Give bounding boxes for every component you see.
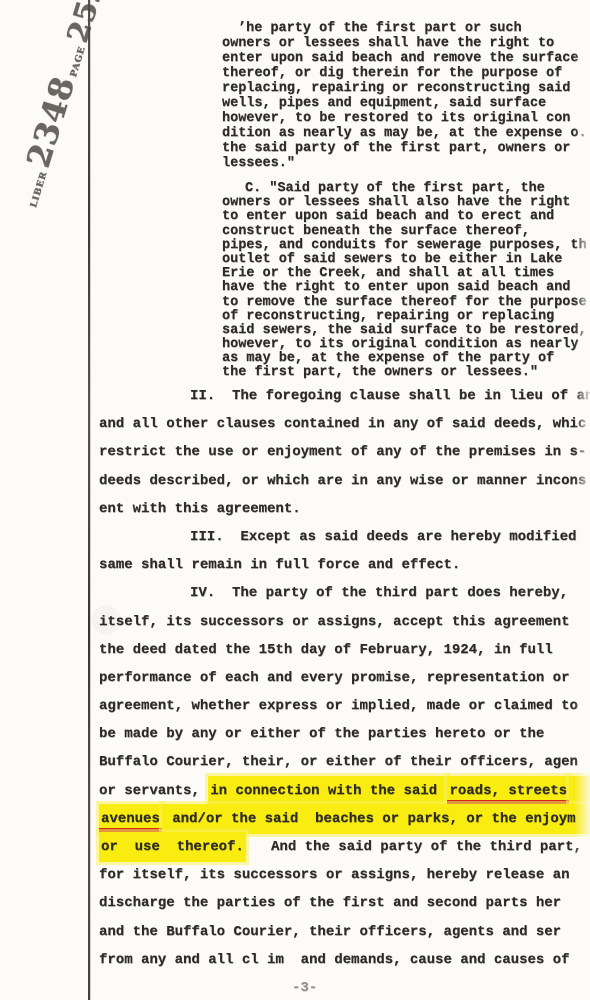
text-line: performance of each and every promise, r… xyxy=(99,664,590,692)
text-line: to remove the surface thereof for the pu… xyxy=(222,296,587,310)
text-line: agreement, whether express or implied, m… xyxy=(99,692,590,720)
scanned-document-page: LIBER 2348 PAGE 252 ’he party of the fir… xyxy=(0,0,590,1000)
text-line: -3- xyxy=(99,974,590,1000)
text-line: construct beneath the surface thereof, xyxy=(222,225,587,239)
text-line: Erie or the Creek, and shall at all time… xyxy=(222,267,587,281)
text-line: owners or lessees shall have the right t… xyxy=(222,36,587,51)
text-line: however, to be restored to its original … xyxy=(222,111,587,126)
text-segment: and the Buffalo Courier, their officers,… xyxy=(99,924,561,940)
text-line: ent with this agreement. xyxy=(99,495,590,523)
text-segment: owners or lessees shall have the right t… xyxy=(222,36,554,51)
text-line: C. "Said party of the first part, the xyxy=(222,182,587,196)
text-segment: III. Except as said deeds are hereby mod… xyxy=(190,529,576,545)
text-segment: replacing, repairing or reconstructing s… xyxy=(222,81,570,96)
text-line: ’he party of the first part or such xyxy=(222,21,587,36)
text-line: replacing, repairing or reconstructing s… xyxy=(222,81,587,96)
stamp-liber-number: 2348 xyxy=(19,72,83,172)
liber-page-stamp: LIBER 2348 PAGE 252 xyxy=(14,0,112,189)
text-segment: of reconstructing, repairing or replacin… xyxy=(222,309,554,324)
text-segment: performance of each and every promise, r… xyxy=(99,670,569,686)
left-margin-rule xyxy=(88,0,90,1000)
text-line: thereof, or dig therein for the purpose … xyxy=(222,66,587,81)
text-segment: C. "Said party of the first part, the xyxy=(245,181,545,196)
text-line: owners or lessees shall also have the ri… xyxy=(222,196,587,210)
text-line: discharge the parties of the first and s… xyxy=(99,889,590,917)
text-segment: agreement, whether express or implied, m… xyxy=(99,698,578,714)
text-segment: from any and all cl im and demands, caus… xyxy=(99,952,569,968)
text-segment: same shall remain in full force and effe… xyxy=(99,557,460,573)
text-line: for itself, its successors or assigns, h… xyxy=(99,861,590,889)
text-line: have the right to enter upon said beach … xyxy=(222,281,587,295)
text-segment: as may be, at the expense of the party o… xyxy=(222,351,554,366)
text-line: or servants, in connection with the said… xyxy=(99,777,590,805)
text-segment: restrict the use or enjoyment of any of … xyxy=(99,444,586,460)
text-segment: IV. The party of the third part does her… xyxy=(190,585,568,601)
text-line: itself, its successors or assigns, accep… xyxy=(99,608,590,636)
text-line: wells, pipes and equipment, said surface xyxy=(222,96,587,111)
text-segment: to enter upon said beach and to erect an… xyxy=(222,209,554,224)
highlight-annotation xyxy=(569,776,590,806)
text-segment: however, to its original condition as ne… xyxy=(222,337,578,352)
text-line: as may be, at the expense of the party o… xyxy=(222,352,587,366)
text-segment: have the right to enter upon said beach … xyxy=(222,280,570,295)
text-line: or use thereof. And the said party of th… xyxy=(99,833,590,861)
text-segment: ent with this agreement. xyxy=(99,501,301,517)
stamp-liber-label: LIBER xyxy=(29,170,50,209)
text-segment: itself, its successors or assigns, accep… xyxy=(99,614,569,630)
text-segment: pipes, and conduits for sewerage purpose… xyxy=(222,238,587,253)
text-segment: II. The foregoing clause shall be in lie… xyxy=(190,388,590,404)
text-segment: the first part, the owners or lessees." xyxy=(222,365,538,380)
text-segment: to remove the surface thereof for the pu… xyxy=(222,295,587,310)
text-line: IV. The party of the third part does her… xyxy=(99,579,590,607)
text-line: be made by any or either of the parties … xyxy=(99,720,590,748)
text-segment: discharge the parties of the first and s… xyxy=(99,895,561,911)
text-line: deeds described, or which are in any wis… xyxy=(99,467,590,495)
text-line: the deed dated the 15th day of February,… xyxy=(99,636,590,664)
text-segment: Buffalo Courier, their, or either of the… xyxy=(99,754,578,770)
text-line: of reconstructing, repairing or replacin… xyxy=(222,310,587,324)
text-segment: enter upon said beach and remove the sur… xyxy=(222,51,578,66)
text-segment: Erie or the Creek, and shall at all time… xyxy=(222,266,554,281)
highlight-annotation: or use thereof. xyxy=(99,832,246,862)
stamp-page-label: PAGE xyxy=(69,45,88,78)
text-line: outlet of said sewers to be either in La… xyxy=(222,253,587,267)
red-underline-annotation: roads, streets xyxy=(447,776,569,804)
text-segment: outlet of said sewers to be either in La… xyxy=(222,252,562,267)
text-line: lessees." xyxy=(222,156,587,171)
text-segment: lessees." xyxy=(222,156,295,171)
red-underline-annotation: avenues xyxy=(99,804,162,832)
highlight-annotation: and/or the said beaches or parks, or the… xyxy=(162,804,590,834)
text-line: pipes, and conduits for sewerage purpose… xyxy=(222,239,587,253)
text-line: to enter upon said beach and to erect an… xyxy=(222,210,587,224)
highlight-annotation: in connection with the said xyxy=(208,776,447,806)
text-segment: be made by any or either of the parties … xyxy=(99,726,544,742)
text-line: Buffalo Courier, their, or either of the… xyxy=(99,748,590,776)
text-line: III. Except as said deeds are hereby mod… xyxy=(99,523,590,551)
text-line: same shall remain in full force and effe… xyxy=(99,551,590,579)
text-segment: dition as nearly as may be, at the expen… xyxy=(222,126,587,141)
agreement-body-text: II. The foregoing clause shall be in lie… xyxy=(99,382,590,1000)
text-line: restrict the use or enjoyment of any of … xyxy=(99,438,590,466)
text-segment: -3- xyxy=(292,980,317,996)
text-line: avenues and/or the said beaches or parks… xyxy=(99,805,590,833)
text-line: said sewers, the said surface to be rest… xyxy=(222,324,587,338)
text-segment: or servants, xyxy=(99,783,208,799)
text-line: enter upon said beach and remove the sur… xyxy=(222,51,587,66)
text-segment: And the said party of the third part, do xyxy=(246,839,590,855)
quoted-clause-b: ’he party of the first part or suchowner… xyxy=(222,21,587,171)
text-segment: wells, pipes and equipment, said surface xyxy=(222,96,546,111)
text-segment: said sewers, the said surface to be rest… xyxy=(222,323,587,338)
text-line: II. The foregoing clause shall be in lie… xyxy=(99,382,590,410)
text-segment: the said party of the first part, owners… xyxy=(222,141,570,156)
text-segment: the deed dated the 15th day of February,… xyxy=(99,642,553,658)
text-segment: however, to be restored to its original … xyxy=(222,111,570,126)
text-line: however, to its original condition as ne… xyxy=(222,338,587,352)
text-segment: and all other clauses contained in any o… xyxy=(99,416,586,432)
text-segment: construct beneath the surface thereof, xyxy=(222,224,530,239)
quoted-clause-c: C. "Said party of the first part, theown… xyxy=(222,182,587,381)
text-segment: deeds described, or which are in any wis… xyxy=(99,473,586,489)
text-line: the first part, the owners or lessees." xyxy=(222,366,587,380)
text-line: and the Buffalo Courier, their officers,… xyxy=(99,918,590,946)
text-segment: owners or lessees shall also have the ri… xyxy=(222,195,570,210)
stamp-page-number: 252 xyxy=(60,0,111,47)
text-line: and all other clauses contained in any o… xyxy=(99,410,590,438)
text-line: the said party of the first part, owners… xyxy=(222,141,587,156)
text-line: from any and all cl im and demands, caus… xyxy=(99,946,590,974)
text-segment: thereof, or dig therein for the purpose … xyxy=(222,66,562,81)
text-line: dition as nearly as may be, at the expen… xyxy=(222,126,587,141)
text-segment: for itself, its successors or assigns, h… xyxy=(99,867,569,883)
text-segment: ’he party of the first part or such xyxy=(238,21,522,36)
